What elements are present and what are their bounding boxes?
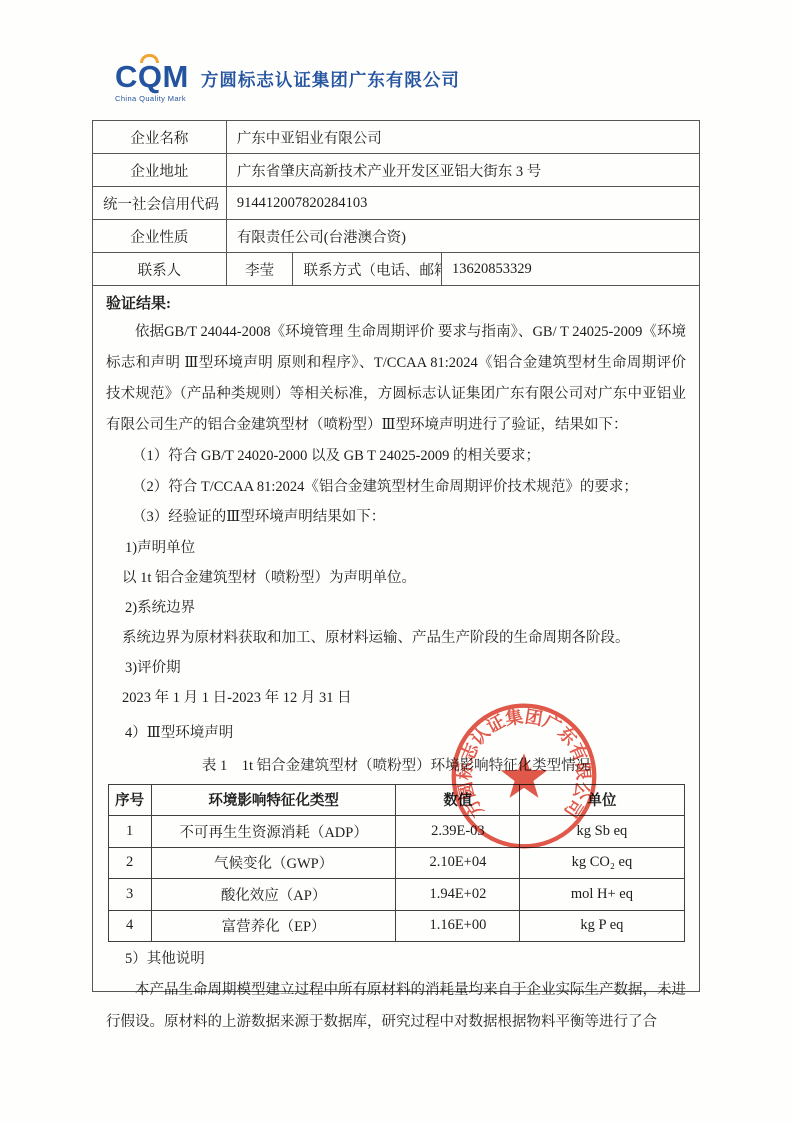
contact-name: 李莹 [226,253,293,286]
table-row: 企业名称 广东中亚铝业有限公司 [93,121,699,154]
evaluation-period-title: 3)评价期 [125,653,686,683]
logo-text: CQM [115,62,189,92]
table-row: 1 不可再生生资源消耗（ADP） 2.39E-03 kg Sb eq [108,816,684,848]
table-row: 企业地址 广东省肇庆高新技术产业开发区亚铝大街东 3 号 [93,154,699,187]
info-label: 企业性质 [93,220,226,253]
finding-2: （2）符合 T/CCAA 81:2024《铝合金建筑型材生命周期评价技术规范》的… [132,472,686,503]
logo-halo-arc-icon [140,54,159,63]
epd-title: 4）Ⅲ型环境声明 [125,718,686,748]
col-header-index: 序号 [108,784,151,816]
evaluation-period-body: 2023 年 1 月 1 日-2023 年 12 月 31 日 [122,683,686,713]
cell-index: 1 [108,816,151,848]
contact-row: 联系人 李莹 联系方式（电话、邮箱） 13620853329 [93,253,699,286]
cell-type: 富营养化（EP） [151,910,396,942]
other-notes-title: 5）其他说明 [125,944,686,975]
cell-value: 1.16E+00 [396,910,520,942]
cell-index: 3 [108,879,151,911]
company-info-table: 企业名称 广东中亚铝业有限公司 企业地址 广东省肇庆高新技术产业开发区亚铝大街东… [93,121,699,286]
info-value: 广东中亚铝业有限公司 [226,121,699,154]
table1-caption: 表 1 1t 铝合金建筑型材（喷粉型）环境影响特征化类型情况 [106,751,686,781]
cell-value: 2.39E-03 [396,816,520,848]
other-notes-body: 本产品生命周期模型建立过程中所有原材料的消耗量均来自于企业实际生产数据，未进行假… [106,975,686,1038]
declaration-unit-body: 以 1t 铝合金建筑型材（喷粉型）为声明单位。 [122,563,686,593]
cell-unit: kg CO₂ eq [520,847,684,879]
cell-unit: kg P eq [520,910,684,942]
logo-subtext: China Quality Mark [115,94,186,103]
table-row: 4 富营养化（EP） 1.16E+00 kg P eq [108,910,684,942]
info-label: 企业名称 [93,121,226,154]
table-row: 3 酸化效应（AP） 1.94E+02 mol H+ eq [108,879,684,911]
cell-index: 2 [108,847,151,879]
impact-table: 序号 环境影响特征化类型 数值 单位 1 不可再生生资源消耗（ADP） 2.39… [108,784,685,943]
cell-type: 酸化效应（AP） [151,879,396,911]
cell-unit: mol H+ eq [520,879,684,911]
info-label: 企业地址 [93,154,226,187]
cell-type: 不可再生生资源消耗（ADP） [151,816,396,848]
cqm-logo: CQM China Quality Mark [115,62,189,103]
contact-method-value: 13620853329 [441,253,699,286]
system-boundary-body: 系统边界为原材料获取和加工、原材料运输、产品生产阶段的生命周期各阶段。 [122,623,686,653]
cell-type: 气候变化（GWP） [151,847,396,879]
declaration-unit-title: 1)声明单位 [125,533,686,563]
system-boundary-title: 2)系统边界 [125,593,686,623]
certification-body-title: 方圆标志认证集团广东有限公司 [201,67,460,92]
verification-intro: 依据GB/T 24044-2008《环境管理 生命周期评价 要求与指南》、GB/… [106,317,686,441]
cell-value: 1.94E+02 [396,879,520,911]
table-row: 2 气候变化（GWP） 2.10E+04 kg CO₂ eq [108,847,684,879]
impact-header-row: 序号 环境影响特征化类型 数值 单位 [108,784,684,816]
table-row: 统一社会信用代码 914412007820284103 [93,187,699,220]
info-value: 914412007820284103 [226,187,699,220]
verification-heading: 验证结果: [106,291,686,317]
info-value: 广东省肇庆高新技术产业开发区亚铝大街东 3 号 [226,154,699,187]
document-body-box: 企业名称 广东中亚铝业有限公司 企业地址 广东省肇庆高新技术产业开发区亚铝大街东… [92,120,700,992]
col-header-type: 环境影响特征化类型 [151,784,396,816]
contact-method-label: 联系方式（电话、邮箱） [293,253,441,286]
finding-1: （1）符合 GB/T 24020-2000 以及 GB T 24025-2009… [132,441,686,472]
col-header-unit: 单位 [520,784,684,816]
cell-index: 4 [108,910,151,942]
verification-section: 验证结果: 依据GB/T 24044-2008《环境管理 生命周期评价 要求与指… [93,286,699,1038]
info-value: 有限责任公司(台港澳合资) [226,220,699,253]
cell-value: 2.10E+04 [396,847,520,879]
document-header: CQM China Quality Mark 方圆标志认证集团广东有限公司 [115,56,460,108]
document-page: CQM China Quality Mark 方圆标志认证集团广东有限公司 企业… [0,0,793,1123]
info-label: 统一社会信用代码 [93,187,226,220]
contact-label: 联系人 [93,253,226,286]
col-header-value: 数值 [396,784,520,816]
cell-unit: kg Sb eq [520,816,684,848]
table-row: 企业性质 有限责任公司(台港澳合资) [93,220,699,253]
finding-3: （3）经验证的Ⅲ型环境声明结果如下： [132,502,686,533]
